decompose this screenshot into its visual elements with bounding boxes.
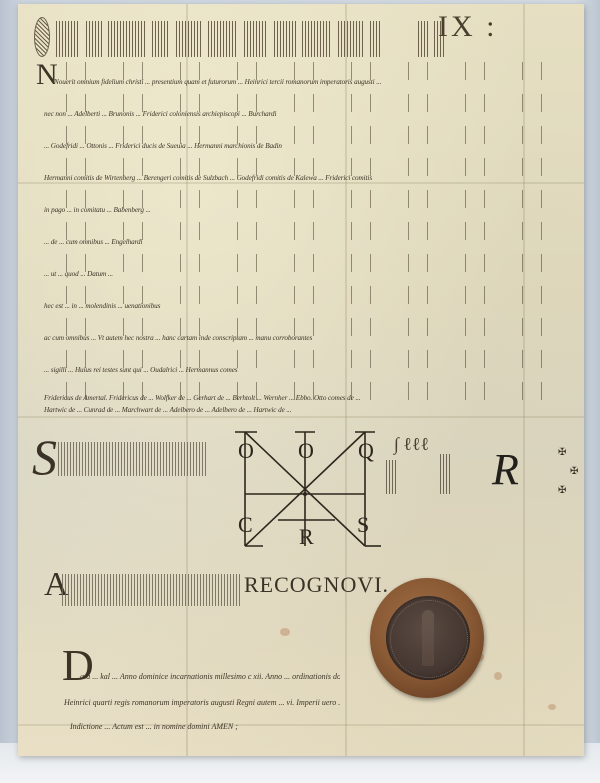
text-line: in pago ... in comitatu ... Babenberg ..… [44, 206, 579, 214]
elongata-word [386, 460, 398, 494]
dating-line: ata ... kal ... Anno dominice incarnatio… [80, 672, 340, 681]
recognition-sign: R [492, 444, 519, 495]
dating-line: Indictione ... Actum est ... in nomine d… [70, 722, 340, 731]
signum-continuation: ∫ ℓℓℓ [386, 434, 468, 494]
signum-line: S [32, 432, 212, 482]
elongata-word [418, 21, 428, 57]
text-line: Hartwic de ... Cunrad de ... Marchwart d… [44, 406, 404, 414]
stain [280, 628, 290, 636]
elongata-word [108, 21, 146, 57]
cross-icon: ✠ [558, 485, 566, 496]
text-line: ... de ... cum omnibus ... Engelhardi [44, 238, 579, 246]
elongata-word [56, 21, 80, 57]
monogram-letter: Q [358, 438, 374, 464]
text-line: ... ut ... quod ... Datum ... [44, 270, 579, 278]
recognitio-line: A RECOGNOVI. [44, 562, 269, 612]
fold-line [18, 416, 584, 418]
text-line: hec est ... in ... molendinis ... uenati… [44, 302, 579, 310]
cross-icon: ✠ [558, 447, 566, 458]
monogram-letter: O [238, 438, 254, 464]
monogram-letter: S [357, 512, 369, 538]
elongata-word [208, 21, 238, 57]
text-line: Nouerit omnium fidelium christi ... pres… [54, 78, 589, 86]
seal-impression [386, 596, 470, 680]
chrismon-icon [34, 17, 50, 57]
flourish-icon: ∫ ℓℓℓ [394, 434, 429, 455]
enthroned-figure-icon [422, 610, 434, 666]
cross-icon: ✠ [570, 466, 578, 477]
dating-initial: D [62, 640, 94, 691]
dating-line: Heinrici quarti regis romanorum imperato… [64, 698, 340, 707]
parchment-charter: IX : N Nouerit omnium fidelium christi .… [18, 4, 584, 756]
elongata-word [244, 21, 268, 57]
elongata-word [302, 21, 332, 57]
fold-line [18, 182, 584, 184]
text-line: nec non ... Adelberti ... Brunonis ... F… [44, 110, 579, 118]
elongata-word [370, 21, 382, 57]
wax-seal [370, 578, 484, 698]
text-line: Fridericus de Amertal. Fridericus de ...… [44, 394, 579, 402]
elongata-tail: IX : [438, 10, 498, 44]
signum-elongata [58, 442, 208, 476]
elongata-word [440, 454, 452, 494]
stain [494, 672, 502, 680]
text-line: ac cum omnibus ... Vt autem hec nostra .… [44, 334, 579, 342]
elongata-word [274, 21, 296, 57]
monogram-letter: O [298, 438, 314, 464]
signum-initial: S [32, 428, 57, 486]
recognitio-tail: RECOGNOVI. [244, 572, 389, 598]
text-line: Hermanni comitis de Wirtenberg ... Beren… [44, 174, 579, 182]
text-line: ... Godefridi ... Ottonis ... Friderici … [44, 142, 579, 150]
imperial-monogram: O O Q C R S [223, 424, 388, 554]
monogram-letter: C [238, 512, 253, 538]
elongata-word [338, 21, 364, 57]
elongata-word [176, 21, 202, 57]
elongata-word [86, 21, 102, 57]
monogram-letter: R [299, 524, 314, 550]
text-line: ... sigilli ... Huius rei testes sunt qu… [44, 366, 579, 374]
stain [548, 704, 556, 710]
recognitio-elongata [62, 574, 242, 606]
elongata-word [152, 21, 170, 57]
